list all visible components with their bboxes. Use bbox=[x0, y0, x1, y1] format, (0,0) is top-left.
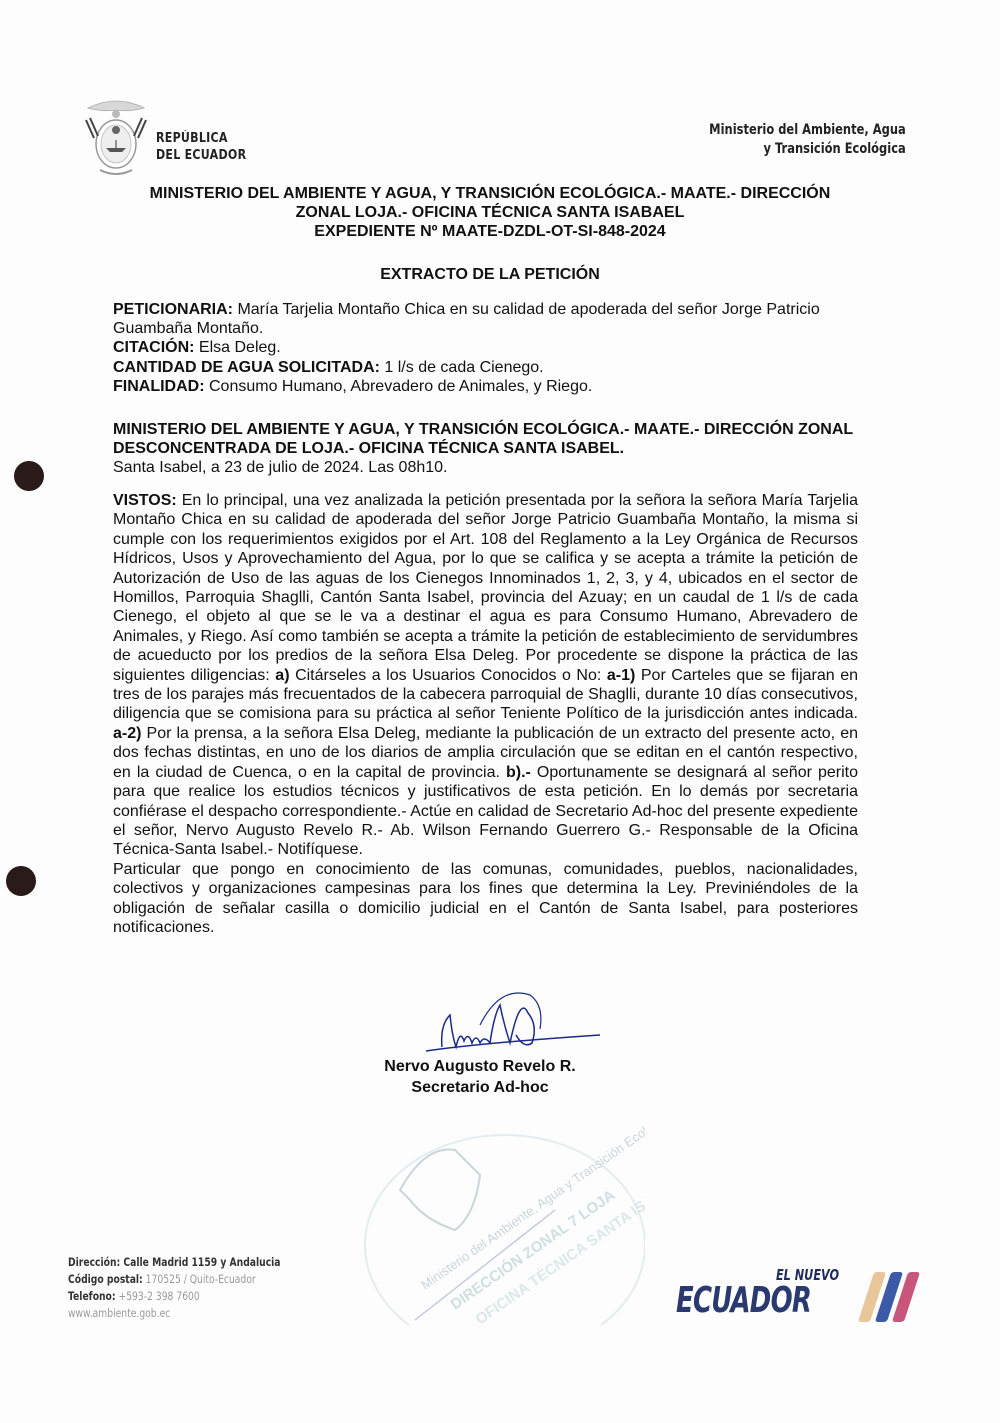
document-title: EXTRACTO DE LA PETICIÓN bbox=[100, 266, 880, 284]
document-page: REPÚBLICA DEL ECUADOR Ministerio del Amb… bbox=[0, 0, 1000, 1423]
document-header: MINISTERIO DEL AMBIENTE Y AGUA, Y TRANSI… bbox=[100, 184, 880, 241]
official-stamp-icon: Ministerio del Ambiente, Agua y Transici… bbox=[355, 1125, 645, 1325]
signatory: Nervo Augusto Revelo R. Secretario Ad-ho… bbox=[340, 1056, 620, 1098]
petition-summary: PETICIONARIA: María Tarjelia Montaño Chi… bbox=[113, 300, 858, 396]
punch-hole bbox=[6, 866, 36, 896]
vistos-paragraph: VISTOS: En lo principal, una vez analiza… bbox=[113, 491, 858, 937]
peticionaria-row: PETICIONARIA: María Tarjelia Montaño Chi… bbox=[113, 300, 858, 338]
finalidad-row: FINALIDAD: Consumo Humano, Abrevadero de… bbox=[113, 377, 858, 396]
website-link[interactable]: www.ambiente.gob.ec bbox=[68, 1305, 281, 1322]
footer-contact: Dirección: Calle Madrid 1159 y Andalucia… bbox=[68, 1254, 281, 1322]
coat-of-arms-icon bbox=[80, 98, 152, 180]
particular-paragraph: Particular que pongo en conocimiento de … bbox=[113, 860, 858, 938]
el-nuevo-ecuador-logo: EL NUEVO ECUADOR bbox=[676, 1266, 916, 1326]
signature-icon bbox=[420, 985, 610, 1057]
cantidad-row: CANTIDAD DE AGUA SOLICITADA: 1 l/s de ca… bbox=[113, 358, 858, 377]
ministry-label: Ministerio del Ambiente, Agua y Transici… bbox=[709, 121, 906, 159]
punch-hole bbox=[14, 461, 44, 491]
date-line: Santa Isabel, a 23 de julio de 2024. Las… bbox=[113, 458, 858, 477]
resolution-heading: MINISTERIO DEL AMBIENTE Y AGUA, Y TRANSI… bbox=[113, 420, 858, 478]
republic-label: REPÚBLICA DEL ECUADOR bbox=[156, 130, 246, 164]
citacion-row: CITACIÓN: Elsa Deleg. bbox=[113, 338, 858, 357]
